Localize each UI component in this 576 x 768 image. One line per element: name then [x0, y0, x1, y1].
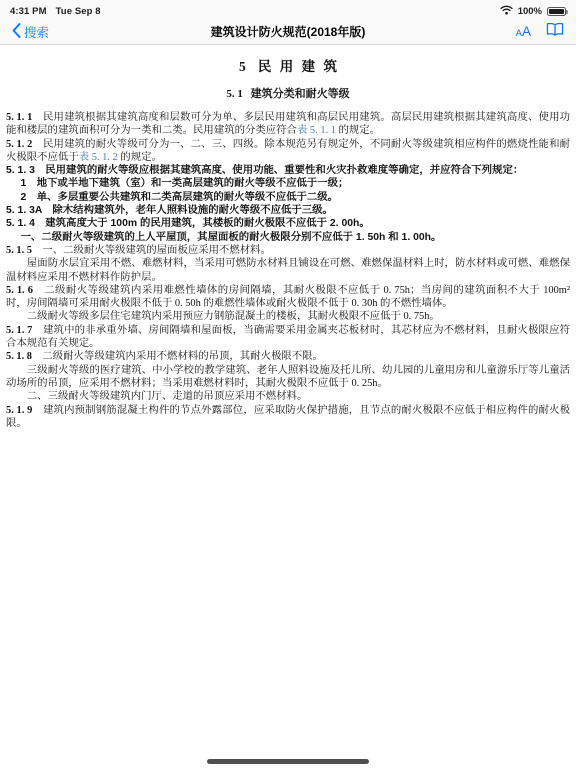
status-right: 100%	[500, 5, 566, 18]
clause-text: 屋面防水层宜采用不燃、难燃材料，当采用可燃防水材料且铺设在可燃、难燃保温材料上时…	[6, 258, 570, 282]
clause-text: 一、二级耐火等级建筑的屋面板应采用不燃材料。	[32, 245, 271, 256]
clause-text: 一、二级耐火等级建筑的上人平屋顶，其屋面板的耐火极限分别不应低于 1. 50h …	[21, 232, 442, 243]
text-size-button[interactable]: AA	[516, 25, 531, 39]
section-heading: 5. 1建筑分类和耐火等级	[6, 85, 570, 101]
para-5-1-8-lobby: 二、三级耐火等级建筑内门厅、走道的吊顶应采用不燃材料。	[6, 390, 570, 403]
clause-5-1-1: 5. 1. 1 民用建筑根据其建筑高度和层数可分为单、多层民用建筑和高层民用建筑…	[6, 111, 570, 138]
para-5-1-8-children: 三级耐火等级的医疗建筑、中小学校的教学建筑、老年人照料设施及托儿所、幼儿园的儿童…	[6, 364, 570, 391]
clause-5-1-4: 5. 1. 4 建筑高度大于 100m 的民用建筑，其楼板的耐火极限不应低于 2…	[6, 217, 570, 230]
battery-icon	[547, 7, 566, 16]
para-5-1-6-floor: 二级耐火等级多层住宅建筑内采用预应力钢筋混凝土的楼板，其耐火极限不应低于 0. …	[6, 310, 570, 323]
clause-number: 5. 1. 8	[6, 351, 32, 362]
para-5-1-5-waterproof: 屋面防水层宜采用不燃、难燃材料，当采用可燃防水材料且铺设在可燃、难燃保温材料上时…	[6, 257, 570, 284]
wifi-icon	[500, 5, 513, 18]
battery-percent: 100%	[518, 6, 542, 17]
section-number: 5. 1	[226, 88, 243, 100]
clause-5-1-3A: 5. 1. 3A 除木结构建筑外，老年人照料设施的耐火等级不应低于三级。	[6, 204, 570, 217]
item-5-1-3-1: 1 地下或半地下建筑（室）和一类高层建筑的耐火等级不应低于一级；	[6, 177, 570, 190]
status-bar: 4:31 PM Tue Sep 8 100%	[0, 0, 576, 19]
top-chrome: 4:31 PM Tue Sep 8 100%	[0, 0, 576, 45]
clause-text: 二级耐火等级建筑内采用不燃材料的吊顶，其耐火极限不限。	[32, 351, 323, 362]
status-time: 4:31 PM	[10, 6, 47, 17]
clause-text: 二、三级耐火等级建筑内门厅、走道的吊顶应采用不燃材料。	[27, 391, 308, 402]
clause-5-1-9: 5. 1. 9 建筑内预制钢筋混凝土构件的节点外露部位，应采取防火保护措施，且节…	[6, 404, 570, 431]
clause-number: 5. 1. 9	[6, 405, 32, 416]
clause-text: 的规定。	[118, 152, 162, 163]
clause-5-1-8: 5. 1. 8 二级耐火等级建筑内采用不燃材料的吊顶，其耐火极限不限。	[6, 350, 570, 363]
nav-actions: AA	[516, 22, 564, 42]
back-button[interactable]: 搜索	[12, 23, 49, 41]
document-body: 5. 1. 1 民用建筑根据其建筑高度和层数可分为单、多层民用建筑和高层民用建筑…	[6, 111, 570, 430]
item-5-1-3-2: 2 单、多层重要公共建筑和二类高层建筑的耐火等级不应低于二级。	[6, 191, 570, 204]
clause-number: 5. 1. 1	[6, 112, 32, 123]
clause-text: 单、多层重要公共建筑和二类高层建筑的耐火等级不应低于二级。	[26, 192, 338, 203]
clause-5-1-2: 5. 1. 2 民用建筑的耐火等级可分为一、二、三、四级。除本规范另有规定外，不…	[6, 138, 570, 165]
clause-5-1-7: 5. 1. 7 建筑中的非承重外墙、房间隔墙和屋面板，当确需要采用金属夹芯板材时…	[6, 324, 570, 351]
clause-number: 5. 1. 6	[6, 285, 33, 296]
clause-number: 5. 1. 3	[6, 165, 35, 176]
back-button-label: 搜索	[24, 23, 49, 41]
clause-5-1-3: 5. 1. 3 民用建筑的耐火等级应根据其建筑高度、使用功能、重要性和火灾扑救难…	[6, 164, 570, 177]
chapter-number: 5	[239, 59, 246, 74]
clause-5-1-5: 5. 1. 5 一、二级耐火等级建筑的屋面板应采用不燃材料。	[6, 244, 570, 257]
clause-text: 建筑高度大于 100m 的民用建筑，其楼板的耐火极限不应低于 2. 00h。	[35, 218, 370, 229]
clause-number: 5. 1. 5	[6, 245, 32, 256]
clause-text: 地下或半地下建筑（室）和一类高层建筑的耐火等级不应低于一级；	[26, 178, 348, 189]
clause-number: 5. 1. 2	[6, 139, 32, 150]
chapter-heading: 5民用建筑	[6, 55, 570, 75]
status-date: Tue Sep 8	[56, 6, 101, 17]
clause-number: 5. 1. 3A	[6, 205, 42, 216]
section-title: 建筑分类和耐火等级	[251, 88, 350, 100]
clause-text: 除木结构建筑外，老年人照料设施的耐火等级不应低于三级。	[42, 205, 333, 216]
contents-button[interactable]	[546, 22, 564, 42]
clause-number: 5. 1. 4	[6, 218, 35, 229]
chapter-title: 民用建筑	[258, 59, 345, 74]
clause-text: 二级耐火等级多层住宅建筑内采用预应力钢筋混凝土的楼板，其耐火极限不应低于 0. …	[27, 311, 440, 322]
para-5-1-4-roof: 一、二级耐火等级建筑的上人平屋顶，其屋面板的耐火极限分别不应低于 1. 50h …	[6, 231, 570, 244]
clause-text: 民用建筑根据其建筑高度和层数可分为单、多层民用建筑和高层民用建筑。高层民用建筑根…	[6, 112, 570, 136]
clause-text: 的规定。	[336, 125, 380, 136]
document-page[interactable]: 5民用建筑 5. 1建筑分类和耐火等级 5. 1. 1 民用建筑根据其建筑高度和…	[0, 46, 576, 768]
table-reference-link[interactable]: 表 5. 1. 1	[297, 125, 336, 136]
clause-text: 建筑中的非承重外墙、房间隔墙和屋面板，当确需要采用金属夹芯板材时，其芯材应为不燃…	[6, 325, 570, 349]
back-chevron-icon	[12, 23, 21, 41]
clause-text: 民用建筑的耐火等级应根据其建筑高度、使用功能、重要性和火灾扑救难度等确定，并应符…	[35, 165, 523, 176]
ipad-screen: 4:31 PM Tue Sep 8 100%	[0, 0, 576, 768]
status-left: 4:31 PM Tue Sep 8	[10, 6, 101, 17]
clause-5-1-6: 5. 1. 6 二级耐火等级建筑内采用难燃性墙体的房间隔墙，其耐火极限不应低于 …	[6, 284, 570, 311]
nav-bar: 搜索 建筑设计防火规范(2018年版) AA	[0, 19, 576, 44]
document-title: 建筑设计防火规范(2018年版)	[211, 23, 366, 40]
clause-number: 5. 1. 7	[6, 325, 32, 336]
clause-text: 二级耐火等级建筑内采用难燃性墙体的房间隔墙，其耐火极限不应低于 0. 75h；当…	[6, 285, 570, 309]
table-reference-link[interactable]: 表 5. 1. 2	[79, 152, 118, 163]
clause-text: 三级耐火等级的医疗建筑、中小学校的教学建筑、老年人照料设施及托儿所、幼儿园的儿童…	[6, 365, 570, 389]
home-indicator[interactable]	[207, 759, 369, 764]
book-icon	[546, 22, 564, 42]
clause-text: 建筑内预制钢筋混凝土构件的节点外露部位，应采取防火保护措施，且节点的耐火极限不应…	[6, 405, 570, 429]
